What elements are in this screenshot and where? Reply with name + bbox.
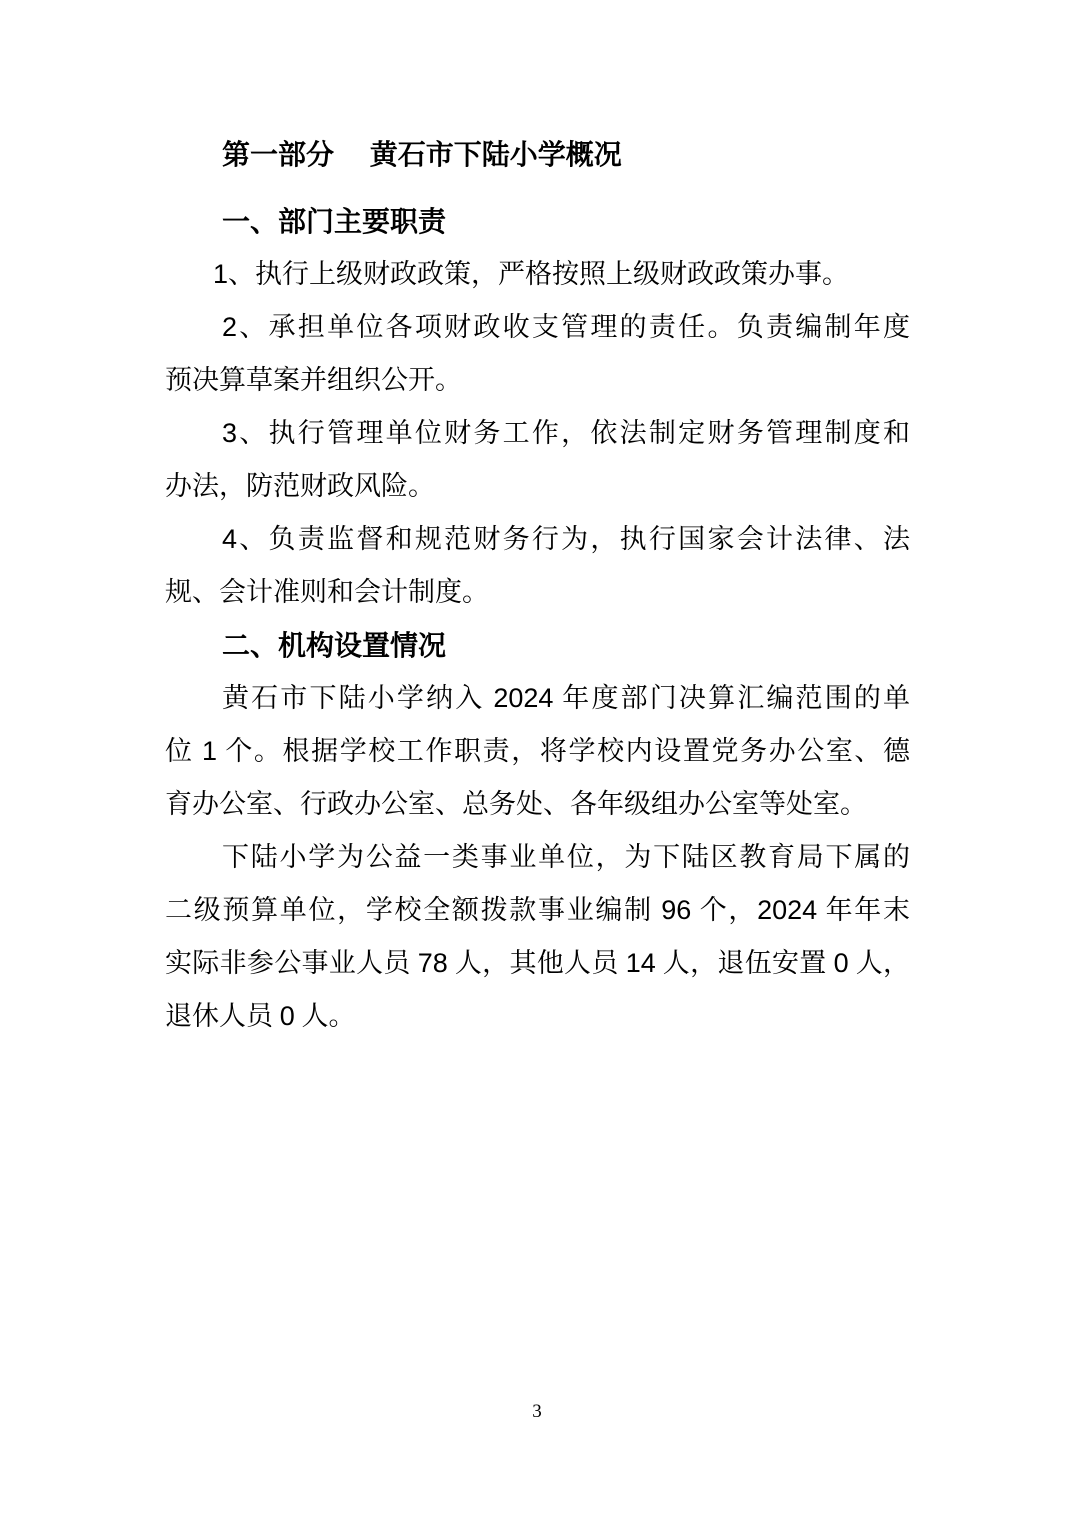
heading-line: 一、部门主要职责 [165,195,910,248]
numeric-text: 4 [222,524,237,554]
document-page: 第一部分 黄石市下陆小学概况一、部门主要职责1、执行上级财政政策，严格按照上级财… [0,0,1074,1520]
text-line: 位 1 个。根据学校工作职责，将学校内设置党务办公室、德 [165,725,910,778]
numeric-text: 96 [661,895,691,925]
text-line: 下陆小学为公益一类事业单位，为下陆区教育局下属的 [165,831,910,884]
numeric-text: 3 [222,418,237,448]
numeric-text: 14 [626,948,656,978]
heading-line: 二、机构设置情况 [165,619,910,672]
text-line: 4、负责监督和规范财务行为，执行国家会计法律、法 [165,513,910,566]
text-line: 规、会计准则和会计制度。 [165,566,910,619]
text-line: 黄石市下陆小学纳入 2024 年度部门决算汇编范围的单 [165,672,910,725]
text-line: 退休人员 0 人。 [165,990,910,1043]
numeric-text: 1 [213,259,228,289]
text-line: 2、承担单位各项财政收支管理的责任。负责编制年度 [165,301,910,354]
numeric-text: 0 [834,948,849,978]
numeric-text: 1 [202,736,217,766]
text-line: 1、执行上级财政政策，严格按照上级财政政策办事。 [165,248,910,301]
document-body: 第一部分 黄石市下陆小学概况一、部门主要职责1、执行上级财政政策，严格按照上级财… [165,128,910,1043]
heading-line: 第一部分 黄石市下陆小学概况 [165,128,910,181]
text-line: 预决算草案并组织公开。 [165,354,910,407]
page-number: 3 [0,1399,1074,1425]
numeric-text: 78 [418,948,448,978]
numeric-text: 0 [280,1001,295,1031]
numeric-text: 2024 [493,683,553,713]
numeric-text: 2 [222,312,237,342]
text-line: 二级预算单位，学校全额拨款事业编制 96 个，2024 年年末 [165,884,910,937]
text-line: 办法，防范财政风险。 [165,460,910,513]
numeric-text: 2024 [757,895,817,925]
text-line: 3、执行管理单位财务工作，依法制定财务管理制度和 [165,407,910,460]
text-line: 实际非参公事业人员 78 人，其他人员 14 人，退伍安置 0 人， [165,937,910,990]
text-line: 育办公室、行政办公室、总务处、各年级组办公室等处室。 [165,778,910,831]
